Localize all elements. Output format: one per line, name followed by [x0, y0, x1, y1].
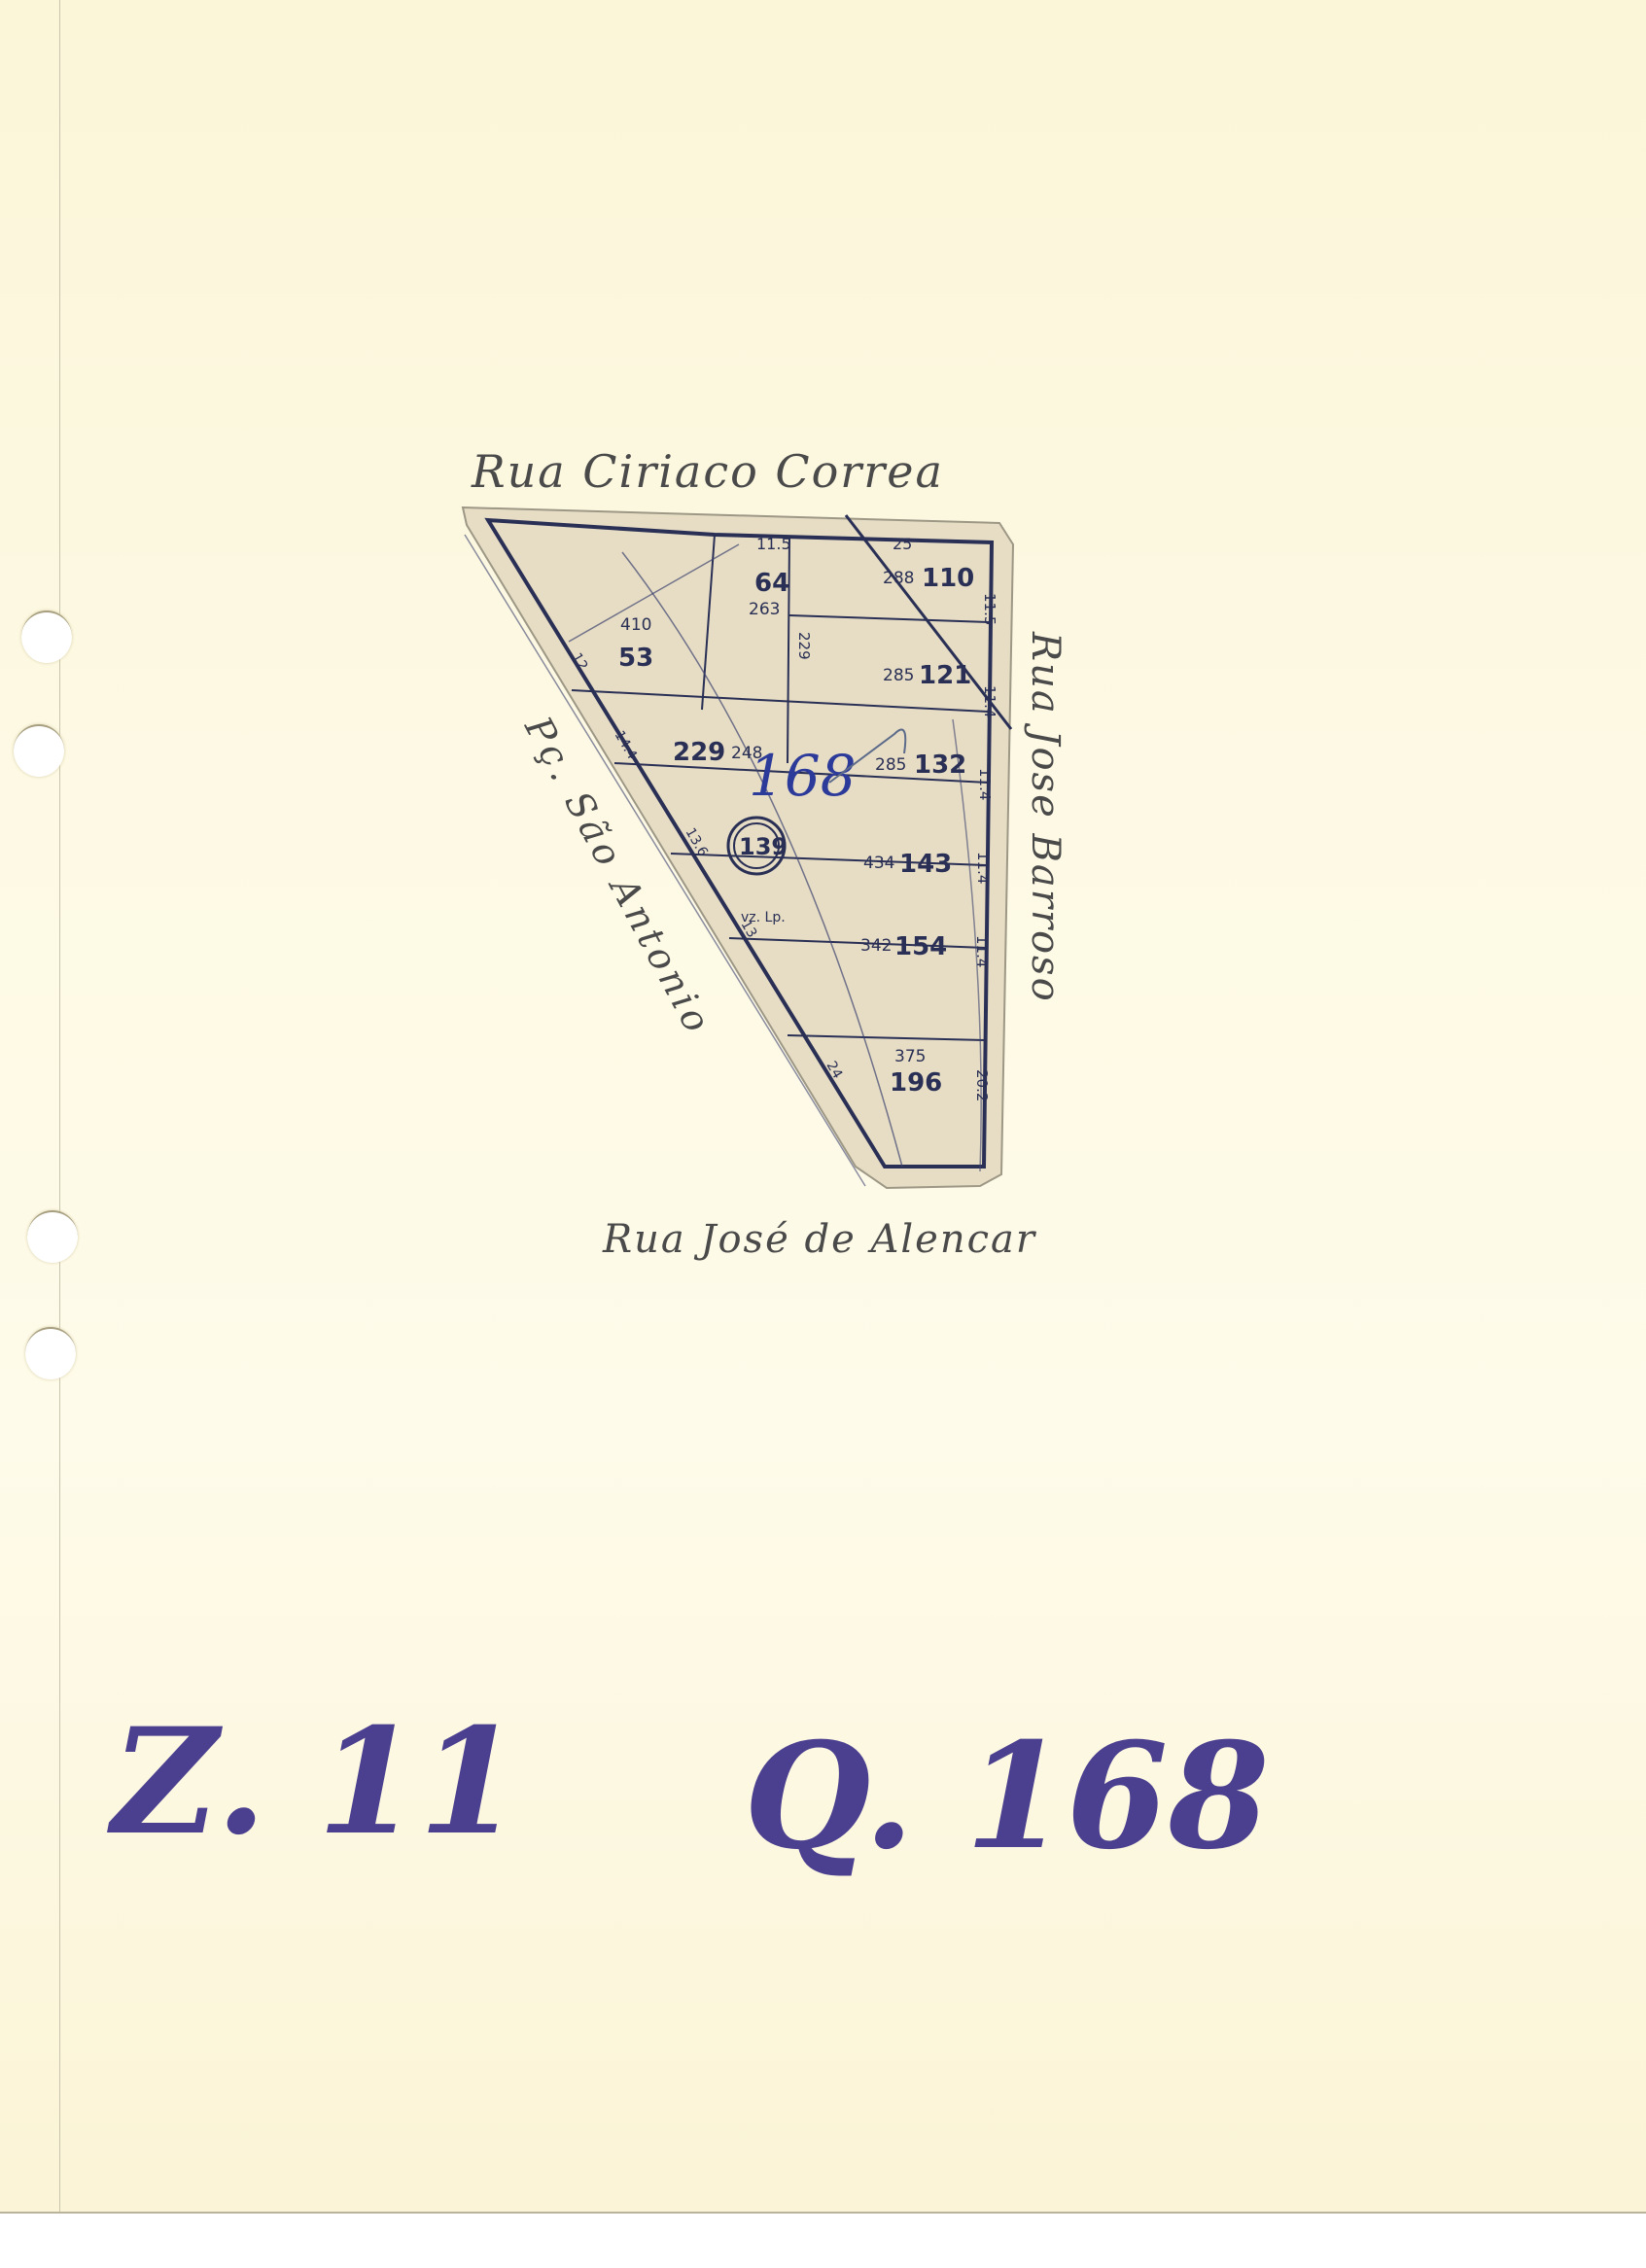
margin-line: [59, 0, 60, 2212]
punch-hole-4: [25, 1327, 76, 1379]
map-drawing: 11.5 64 263 25 288 110 410 53 285 121 22…: [447, 486, 1031, 1205]
svg-text:288: 288: [883, 569, 914, 588]
svg-text:229: 229: [673, 738, 725, 767]
svg-text:342: 342: [860, 936, 892, 956]
svg-text:20.2: 20.2: [973, 1069, 991, 1101]
svg-text:285: 285: [883, 666, 914, 685]
svg-text:375: 375: [894, 1047, 926, 1066]
punch-hole-2: [14, 724, 64, 777]
svg-text:143: 143: [899, 850, 952, 879]
svg-text:263: 263: [749, 600, 780, 619]
svg-text:410: 410: [620, 615, 651, 635]
svg-text:434: 434: [863, 854, 894, 873]
svg-text:154: 154: [894, 932, 947, 961]
svg-text:168: 168: [749, 743, 857, 809]
svg-text:11.4: 11.4: [974, 852, 992, 884]
svg-text:11.4: 11.4: [976, 768, 994, 800]
svg-text:vz. Lp.: vz. Lp.: [741, 910, 786, 925]
svg-text:11.4: 11.4: [981, 685, 998, 717]
svg-text:11.5: 11.5: [981, 593, 998, 625]
svg-text:53: 53: [618, 644, 653, 673]
svg-text:132: 132: [914, 750, 966, 780]
svg-text:25: 25: [893, 535, 912, 553]
svg-text:64: 64: [754, 569, 789, 598]
svg-text:11.5: 11.5: [756, 535, 791, 553]
svg-text:139: 139: [739, 833, 788, 860]
zone-label: Z. 11: [112, 1696, 520, 1867]
svg-text:196: 196: [890, 1068, 942, 1098]
punch-hole-3: [27, 1210, 78, 1263]
cadastral-map: 11.5 64 263 25 288 110 410 53 285 121 22…: [447, 486, 1031, 1205]
svg-text:110: 110: [922, 564, 974, 593]
svg-text:229: 229: [795, 632, 813, 660]
punch-hole-1: [21, 611, 72, 663]
svg-text:285: 285: [875, 755, 906, 775]
street-label-bottom: Rua José de Alencar: [603, 1217, 1036, 1262]
block-label: Q. 168: [744, 1711, 1270, 1882]
paper-sheet: Rua Ciriaco Correa Rua Jose Barroso Pç. …: [0, 0, 1646, 2214]
svg-text:11.4: 11.4: [973, 935, 991, 967]
svg-text:121: 121: [919, 661, 971, 690]
